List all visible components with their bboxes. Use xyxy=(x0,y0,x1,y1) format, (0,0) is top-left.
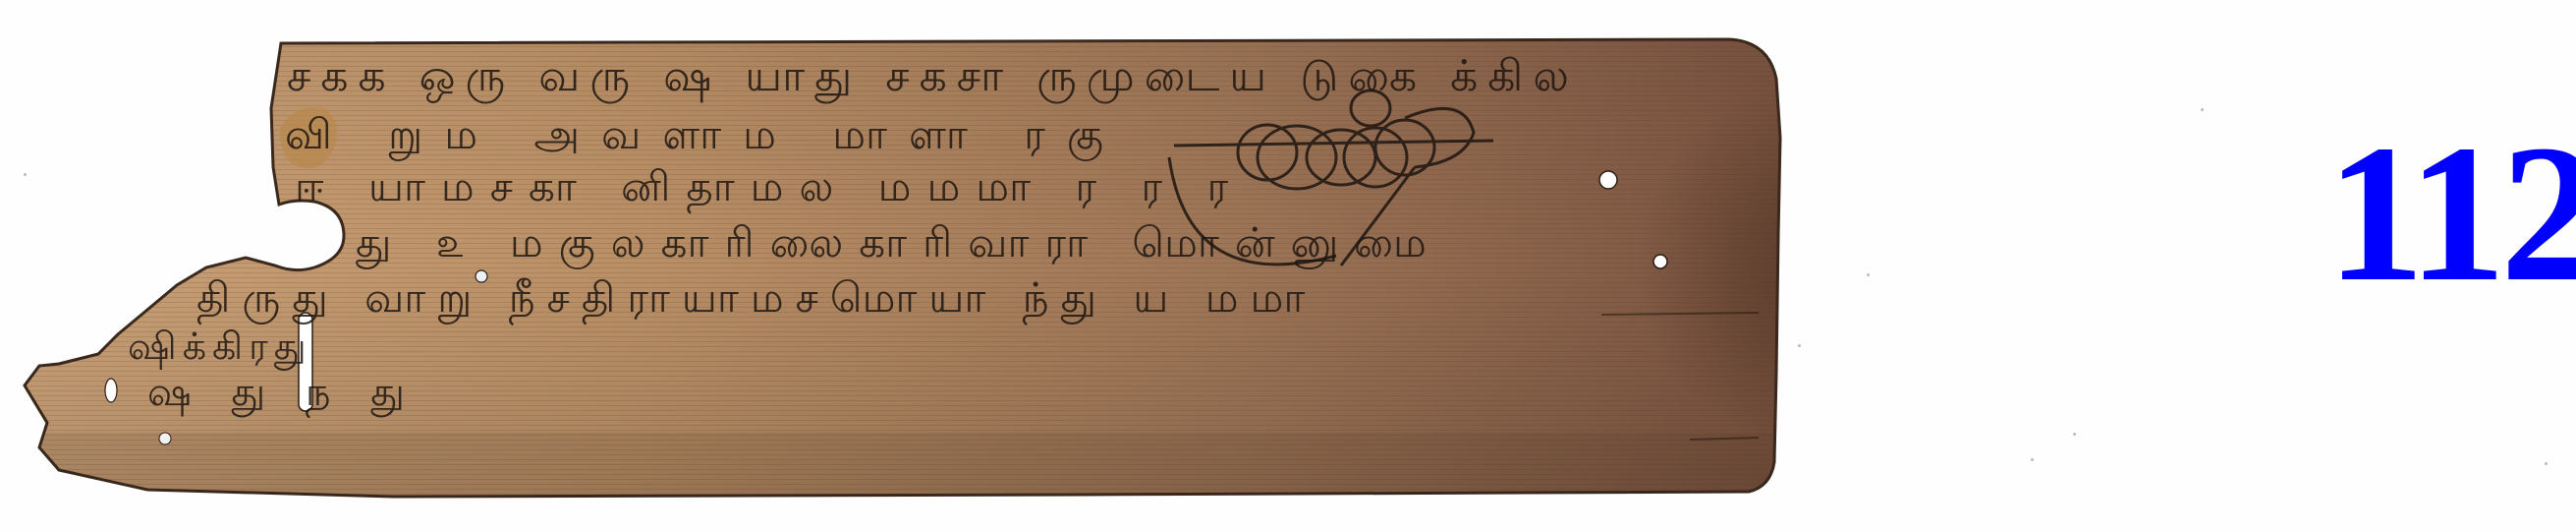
scan-speck xyxy=(1867,273,1870,276)
manuscript-line-4: து ௨ மகுலகாரிலைகாரிவாரா மொன்னுமை xyxy=(356,218,1442,272)
string-hole xyxy=(1653,255,1667,268)
manuscript-line-6: ஷிக்கிரது xyxy=(128,325,312,374)
scan-speck xyxy=(2031,458,2034,461)
manuscript-line-1: சகக ஒரு வரு ஷ யாது சகசா ருமுடைய டுகை க்க… xyxy=(287,51,1579,107)
scan-speck xyxy=(2073,433,2076,436)
folio-number: 112 xyxy=(2326,116,2576,313)
manuscript-line-5: திருது வாறு நீசதிராயாமசமொயா ந்து ய மமா xyxy=(196,273,1316,327)
manuscript-line-2: வி றும அவளாம மாளா ரகு xyxy=(285,110,1125,164)
string-hole xyxy=(105,379,117,402)
palm-leaf-manuscript: சகக ஒரு வரு ஷ யாது சகசா ருமுடைய டுகை க்க… xyxy=(0,0,1827,532)
scan-speck xyxy=(2201,108,2204,111)
string-hole xyxy=(159,433,171,444)
manuscript-line-3: ஈ யாமசகா னிதாமல மமமா ர ர ர xyxy=(295,162,1244,216)
manuscript-line-7: ஷ து ந து xyxy=(147,370,419,420)
scan-speck xyxy=(2545,462,2548,465)
string-hole xyxy=(1599,171,1617,189)
